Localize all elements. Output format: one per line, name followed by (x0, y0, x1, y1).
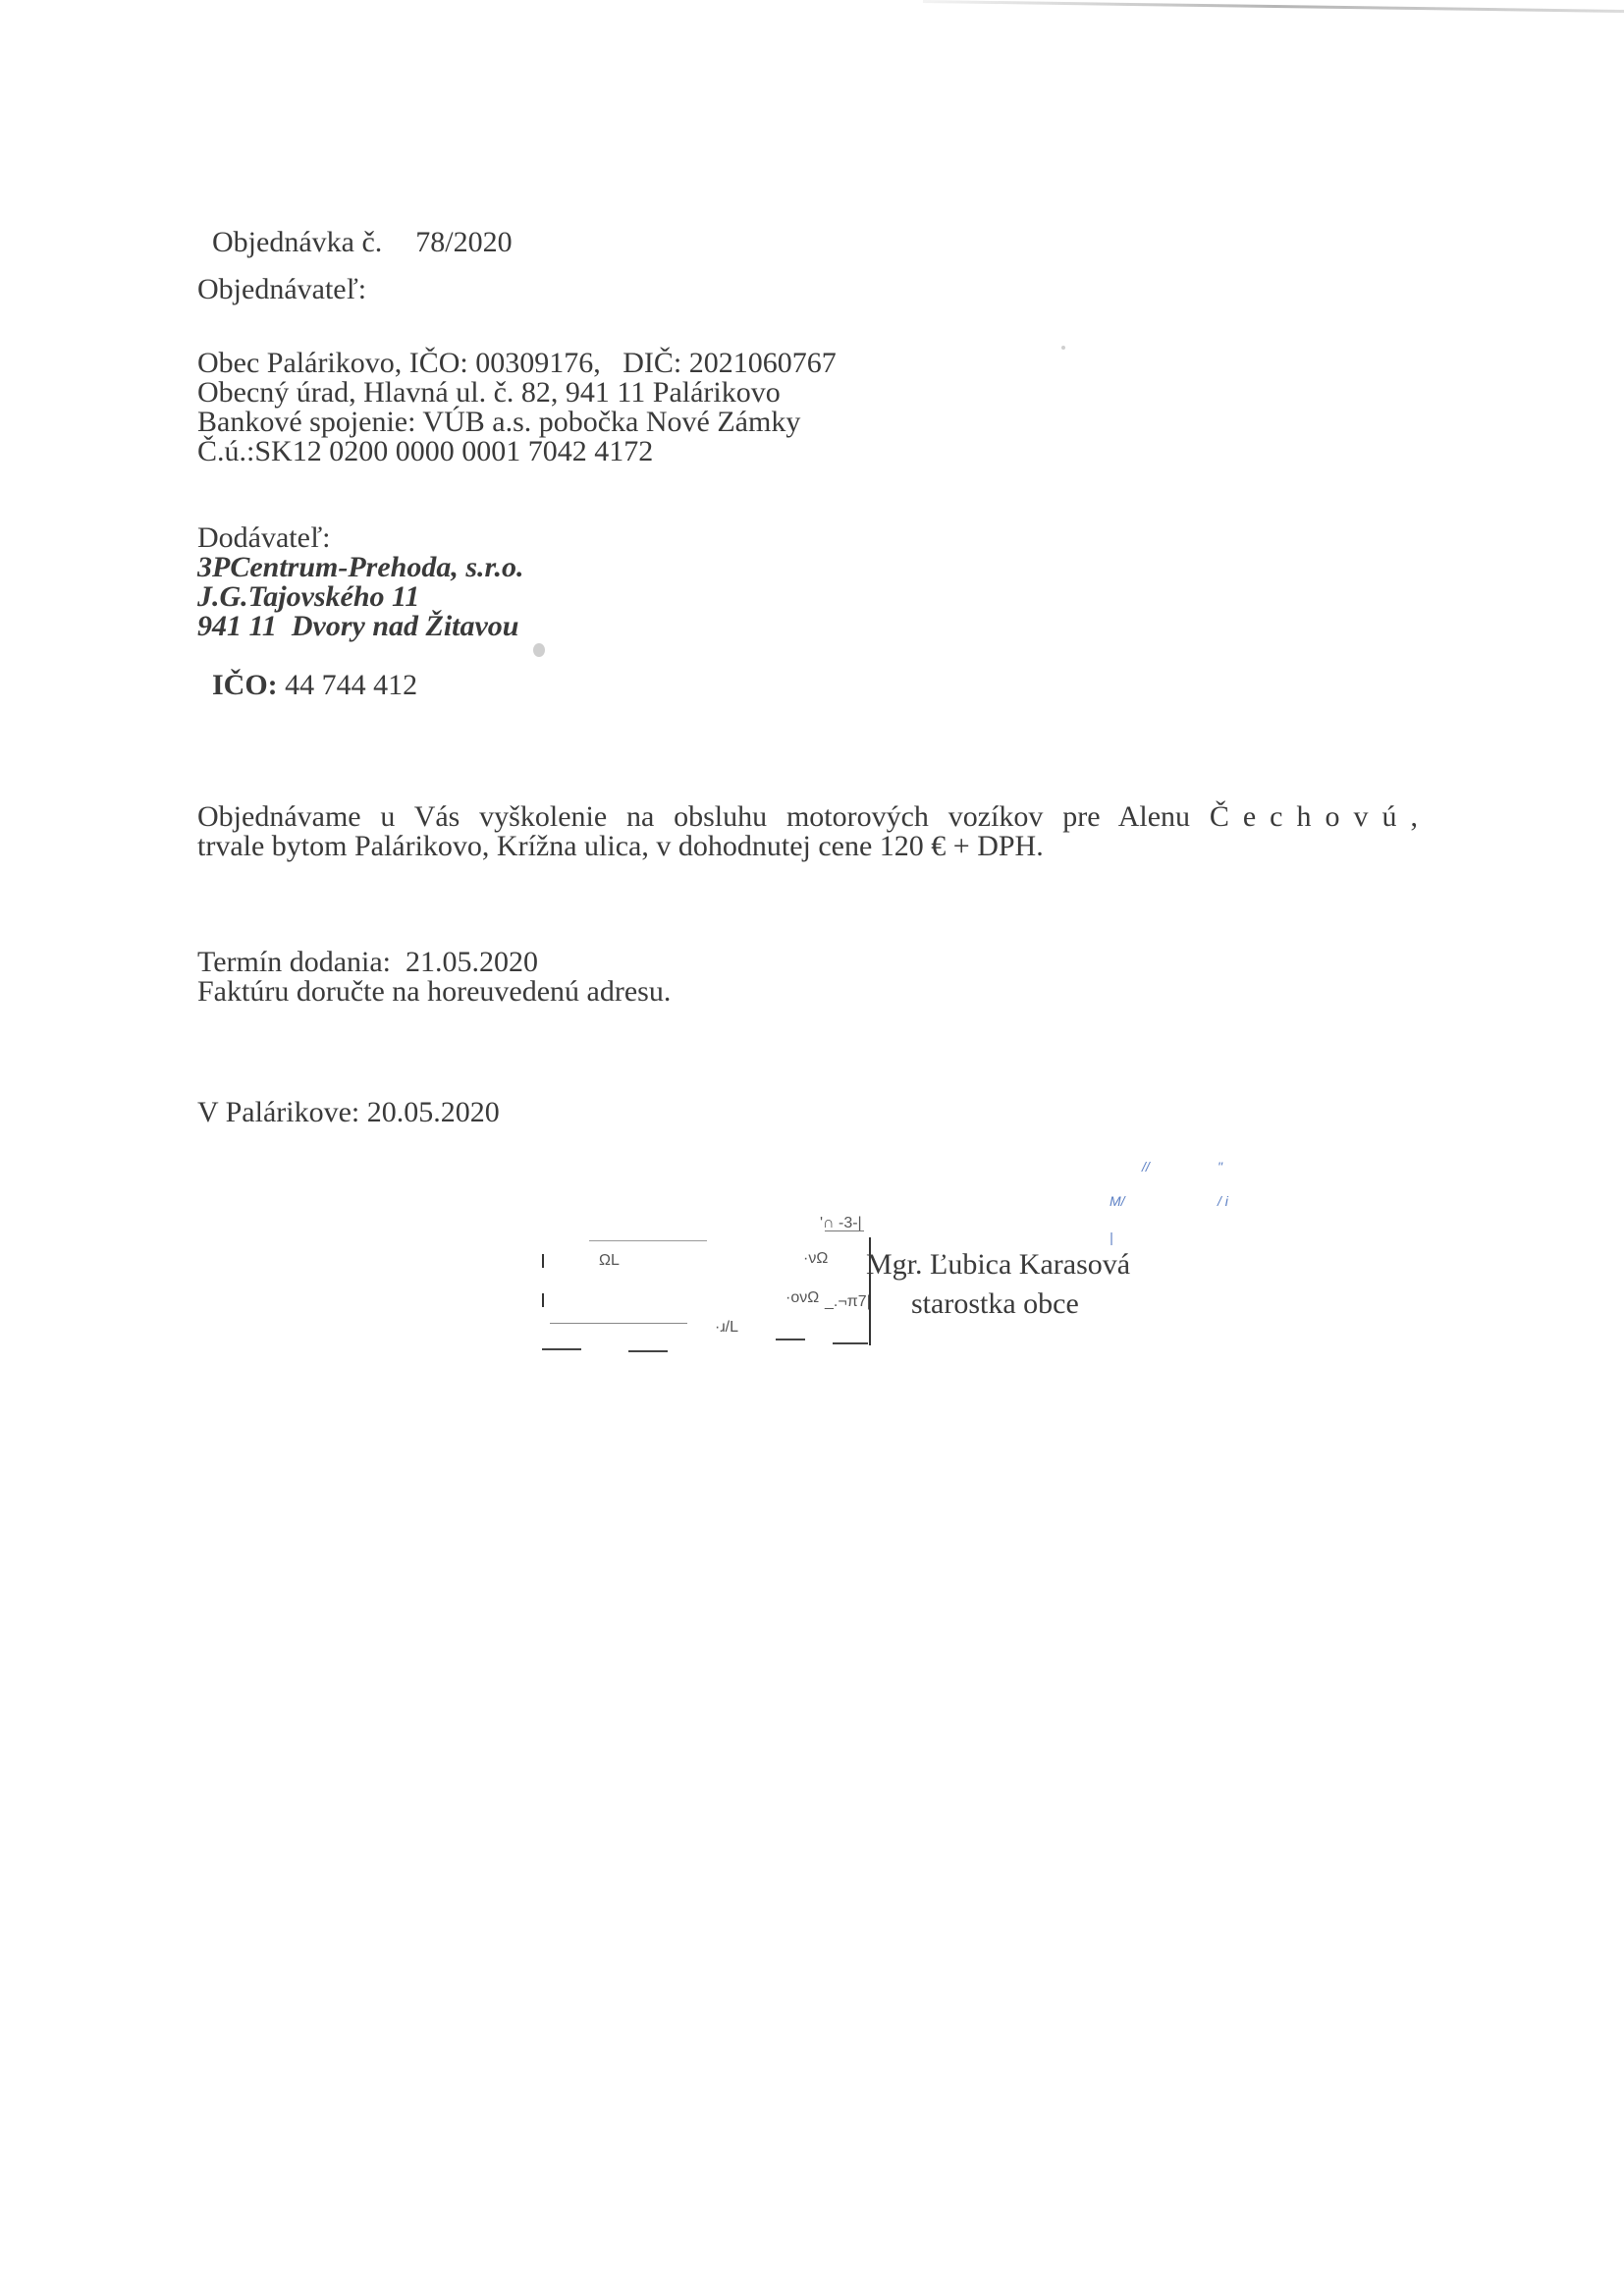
scan-speck (1061, 346, 1065, 350)
supplier-street: J.G.Tajovského 11 (197, 582, 419, 612)
order-body: Objednávame u Vás vyškolenie na obsluhu … (197, 802, 1432, 861)
order-body-line-1-text: Objednávame u Vás vyškolenie na obsluhu … (197, 800, 1190, 833)
delivery-term: Termín dodania: 21.05.2020 (197, 948, 538, 977)
supplier-heading: Dodávateľ: (197, 523, 330, 553)
trainee-name: Čechovú, (1210, 800, 1432, 833)
supplier-name: 3PCentrum-Prehoda, s.r.o. (197, 553, 524, 582)
customer-heading: Objednávateľ: (197, 275, 366, 304)
stamp-fragment: ·ονΩ (785, 1289, 819, 1307)
stamp-fragment: ·νΩ (803, 1250, 828, 1268)
order-heading: Objednávka č.78/2020 (197, 198, 513, 257)
supplier-ico: IČO: 44 744 412 (197, 641, 417, 700)
place-date: V Palárikove: 20.05.2020 (197, 1098, 500, 1127)
signatory-title: starostka obce (911, 1289, 1079, 1319)
pen-mark: // (1142, 1159, 1150, 1175)
supplier-city: 941 11 Dvory nad Žitavou (197, 612, 519, 641)
invoice-note: Faktúru doručte na horeuvedenú adresu. (197, 977, 671, 1007)
customer-bank-account: Č.ú.:SK12 0200 0000 0001 7042 4172 (197, 437, 653, 466)
stamp-fragment: ·ɹ/L (715, 1319, 738, 1337)
supplier-ico-value: 44 744 412 (285, 669, 417, 701)
pen-mark: / i (1218, 1193, 1228, 1209)
scan-edge-artifact (923, 0, 1624, 13)
scan-speck (533, 643, 545, 657)
order-body-line-1: Objednávame u Vás vyškolenie na obsluhu … (197, 802, 1432, 832)
pen-mark: " (1218, 1159, 1222, 1175)
pen-mark: | (1110, 1230, 1113, 1245)
customer-line-2: Obecný úrad, Hlavná ul. č. 82, 941 11 Pa… (197, 378, 781, 408)
stamp-fragment: _.¬π7| (825, 1293, 871, 1311)
supplier-ico-label: IČO: (212, 669, 278, 701)
order-body-line-2: trvale bytom Palárikovo, Krížna ulica, v… (197, 832, 1432, 861)
customer-line-3: Bankové spojenie: VÚB a.s. pobočka Nové … (197, 408, 800, 437)
stamp-fragment: ΩL (599, 1252, 620, 1270)
pen-mark: M/ (1110, 1193, 1125, 1209)
order-number: 78/2020 (415, 226, 512, 258)
signatory-name: Mgr. Ľubica Karasová (866, 1250, 1130, 1280)
official-stamp: '∩ -3-| ·νΩ ·ονΩ _.¬π7| ΩL ·ɹ/L (540, 1213, 893, 1370)
customer-line-1: Obec Palárikovo, IČO: 00309176, DIČ: 202… (197, 349, 837, 378)
order-label: Objednávka č. (212, 226, 382, 258)
